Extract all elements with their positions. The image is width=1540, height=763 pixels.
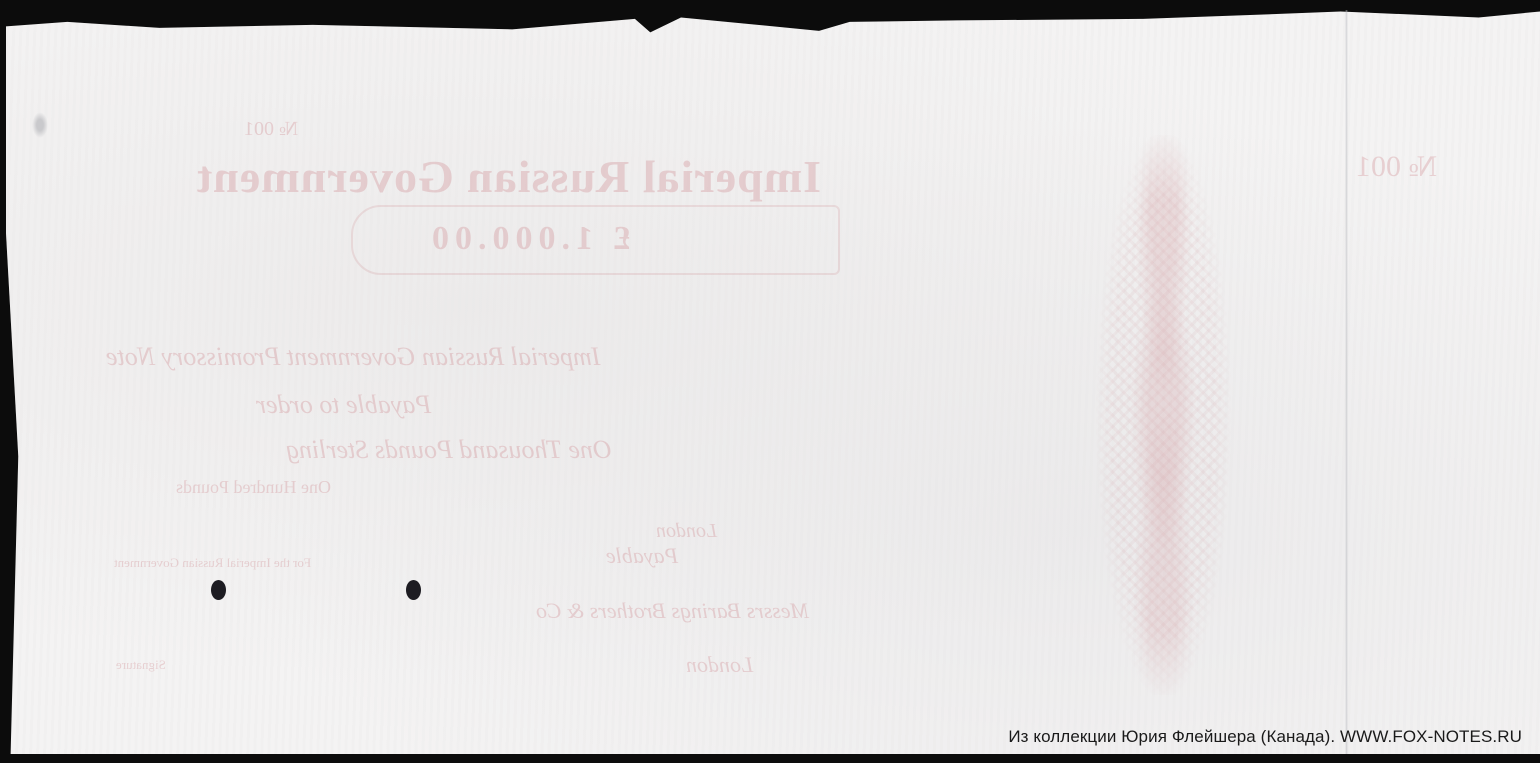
body-line-showthrough: London (656, 520, 717, 543)
serial-number-right-showthrough: № 001 (1356, 150, 1437, 184)
body-line-showthrough: London (686, 652, 753, 678)
punch-hole-right (406, 580, 421, 600)
body-line-showthrough: Payable (606, 543, 678, 569)
ornamental-border-showthrough (1096, 135, 1231, 695)
punch-hole-left (211, 580, 226, 600)
body-line-showthrough: One Thousand Pounds Sterling (286, 435, 612, 465)
body-line-showthrough: For the Imperial Russian Government (114, 555, 311, 571)
body-line-showthrough: Messrs Barings Brothers & Co (536, 598, 809, 624)
collection-caption: Из коллекции Юрия Флейшера (Канада). WWW… (1008, 727, 1522, 747)
document-paper: № 001 Imperial Russian Government £ 1.00… (6, 10, 1540, 754)
fold-line (1345, 10, 1348, 754)
title-showthrough: Imperial Russian Government (196, 150, 821, 203)
amount-showthrough: £ 1.000.00 (426, 220, 631, 258)
body-line-showthrough: One Hundred Pounds (176, 477, 331, 498)
paper-tear (32, 112, 48, 138)
serial-number-left-showthrough: № 001 (244, 118, 298, 141)
body-line-showthrough: Imperial Russian Government Promissory N… (106, 342, 600, 372)
body-line-showthrough: Payable to order (256, 390, 431, 420)
body-line-showthrough: Signature (116, 657, 166, 673)
